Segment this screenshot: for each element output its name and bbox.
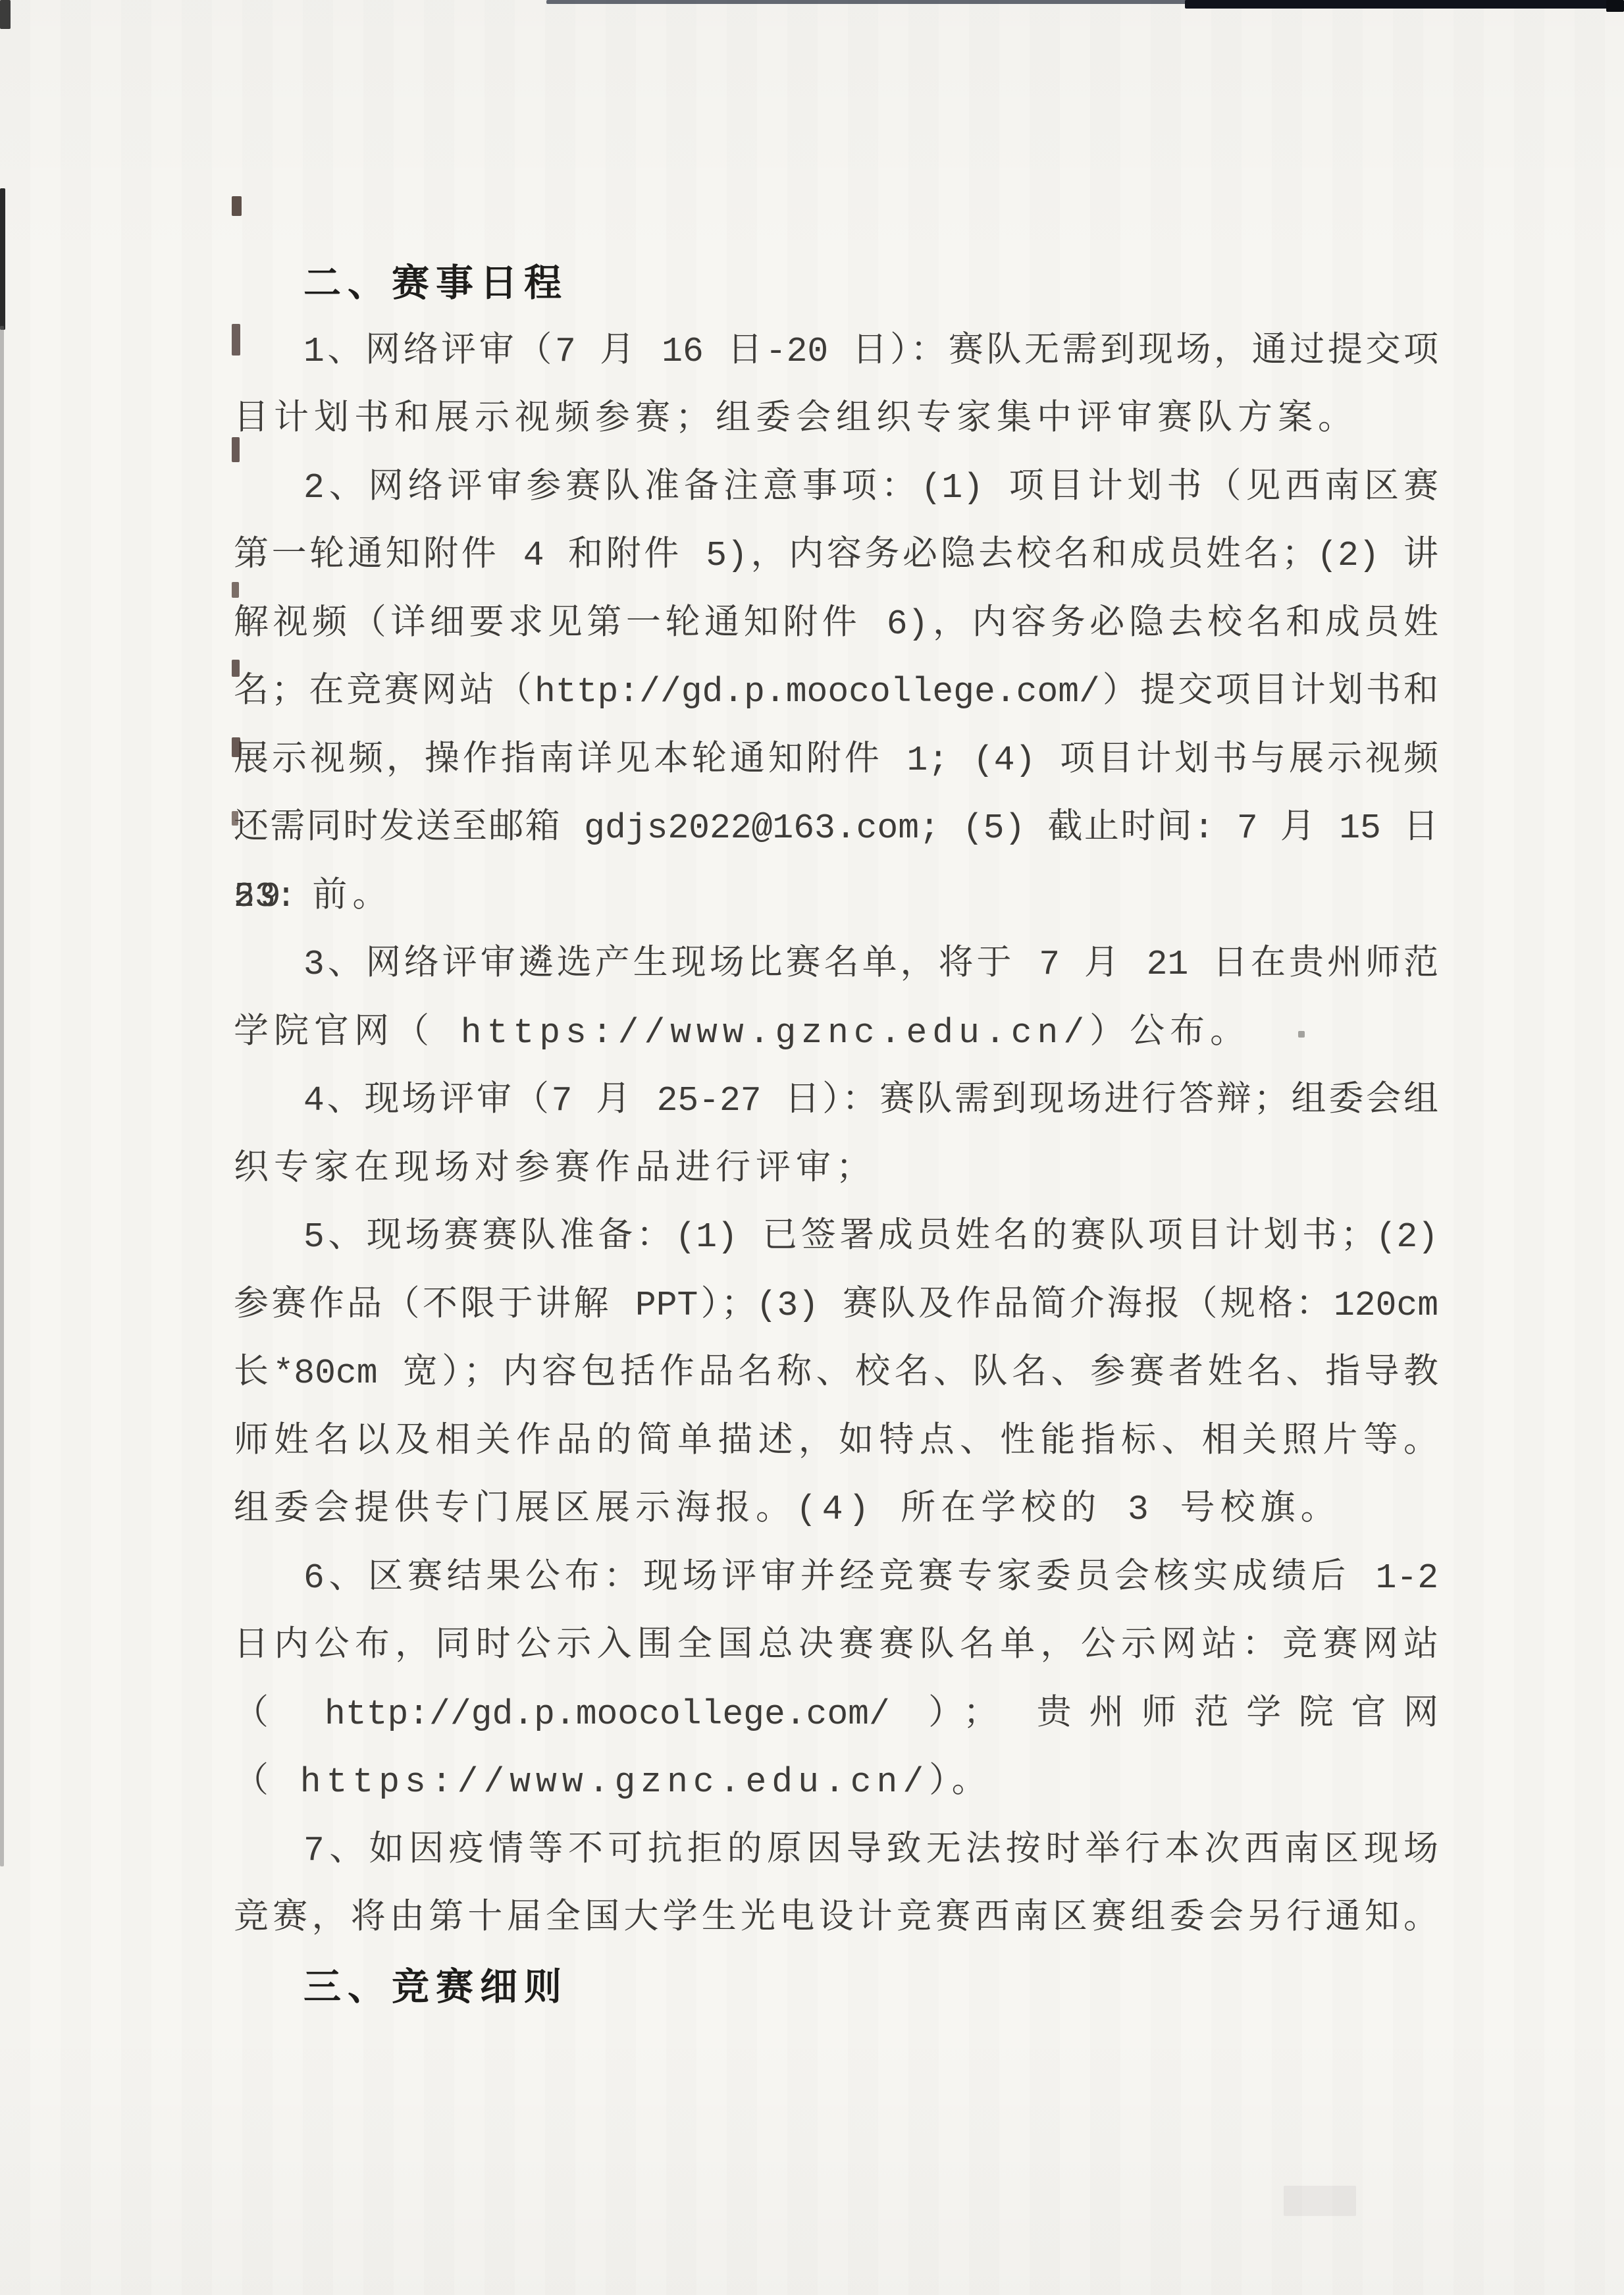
document-line: 竞赛，将由第十届全国大学生光电设计竞赛西南区赛组委会另行通知。 [234, 1885, 1438, 1953]
scan-smudge [1284, 2186, 1356, 2216]
scan-top-left-corner [0, 0, 11, 29]
scan-left-edge-dark [0, 188, 5, 330]
document-line: 展示视频，操作指南详见本轮通知附件 1; (4) 项目计划书与展示视频 [234, 727, 1438, 795]
document-line: 7、如因疫情等不可抗拒的原因导致无法按时举行本次西南区现场 [234, 1817, 1438, 1886]
document-line: 还需同时发送至邮箱 gdjs2022@163.com; (5) 截止时间: 7 … [234, 795, 1438, 863]
document-line: 师姓名以及相关作品的简单描述，如特点、性能指标、相关照片等。 [234, 1408, 1438, 1477]
document-line: （ http://gd.p.moocollege.com/ ）； 贵州师范学院官… [234, 1681, 1438, 1749]
document-line: （ https://www.gznc.edu.cn/）。 [234, 1749, 1438, 1817]
document-line: 3、网络评审遴选产生现场比赛名单，将于 7 月 21 日在贵州师范 [234, 931, 1438, 999]
scan-left-edge-faint [0, 326, 4, 1866]
document-line: 59 前。 [234, 863, 1438, 932]
document-line: 组委会提供专门展区展示海报。(4) 所在学校的 3 号校旗。 [234, 1476, 1438, 1544]
document-page: 二、赛事日程1、网络评审（7 月 16 日-20 日）：赛队无需到现场，通过提交… [0, 0, 1624, 2295]
scan-top-edge-line-thin [546, 0, 1192, 4]
section-heading: 三、竞赛细则 [234, 1953, 1438, 2022]
document-line: 日内公布，同时公示入围全国总决赛赛队名单，公示网站：竞赛网站 [234, 1612, 1438, 1681]
scan-top-edge-line-thick [1185, 0, 1624, 9]
document-line: 1、网络评审（7 月 16 日-20 日）：赛队无需到现场，通过提交项 [234, 318, 1438, 386]
document-body: 二、赛事日程1、网络评审（7 月 16 日-20 日）：赛队无需到现场，通过提交… [234, 250, 1438, 2021]
document-line: 4、现场评审（7 月 25-27 日）：赛队需到现场进行答辩；组委会组 [234, 1067, 1438, 1136]
document-line: 参赛作品（不限于讲解 PPT）；(3) 赛队及作品简介海报（规格：120cm [234, 1272, 1438, 1340]
document-line: 5、现场赛赛队准备：(1) 已签署成员姓名的赛队项目计划书；(2) [234, 1203, 1438, 1272]
document-line: 名；在竞赛网站（http://gd.p.moocollege.com/）提交项目… [234, 658, 1438, 727]
document-line: 2、网络评审参赛队准备注意事项：(1) 项目计划书（见西南区赛 [234, 454, 1438, 523]
document-line: 目计划书和展示视频参赛；组委会组织专家集中评审赛队方案。 [234, 386, 1438, 454]
document-line: 第一轮通知附件 4 和附件 5)，内容务必隐去校名和成员姓名；(2) 讲 [234, 522, 1438, 591]
document-line: 织专家在现场对参赛作品进行评审； [234, 1136, 1438, 1204]
section-heading: 二、赛事日程 [234, 250, 1438, 318]
document-line: 解视频（详细要求见第一轮通知附件 6)，内容务必隐去校名和成员姓 [234, 591, 1438, 659]
document-line: 6、区赛结果公布：现场评审并经竞赛专家委员会核实成绩后 1-2 [234, 1544, 1438, 1613]
margin-fragment [232, 196, 242, 216]
document-line: 长*80cm 宽）；内容包括作品名称、校名、队名、参赛者姓名、指导教 [234, 1340, 1438, 1408]
scan-top-right-corner [1606, 0, 1624, 12]
document-line: 学院官网（ https://www.gznc.edu.cn/）公布。 [234, 999, 1438, 1068]
